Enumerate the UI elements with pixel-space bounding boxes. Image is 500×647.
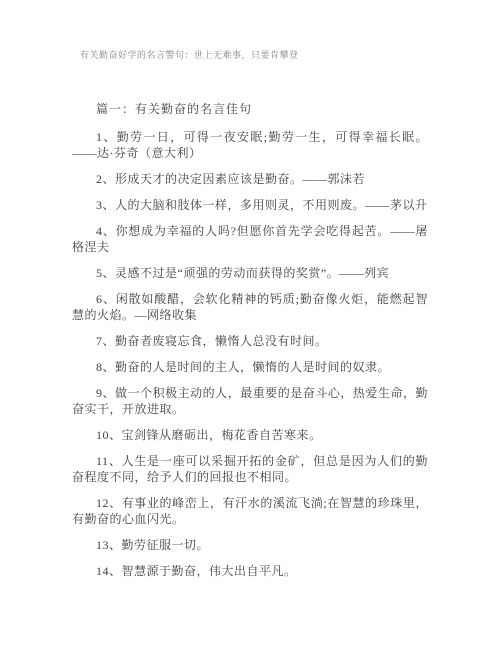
quote-item-8: 8、勤奋的人是时间的主人，懒惰的人是时间的奴隶。 <box>72 359 428 375</box>
quote-item-12: 12、有事业的峰峦上，有汗水的溪流飞淌;在智慧的珍珠里，有勤奋的心血闪光。 <box>72 495 428 527</box>
quote-item-5: 5、灵感不过是“顽强的劳动而获得的奖赏”。——列宾 <box>72 265 428 281</box>
section-title: 篇一：有关勤奋的名言佳句 <box>72 101 428 117</box>
quote-item-3: 3、人的大脑和肢体一样，多用则灵，不用则废。——茅以升 <box>72 197 428 213</box>
quote-item-7: 7、勤奋者废寝忘食，懒惰人总没有时间。 <box>72 333 428 349</box>
document-page: 有关勤奋好学的名言警句：世上无难事，只要肯攀登 篇一：有关勤奋的名言佳句 1、勤… <box>0 0 500 647</box>
quote-item-1: 1、勤劳一日，可得一夜安眠;勤劳一生，可得幸福长眠。——达·芬奇（意大利） <box>72 129 428 161</box>
quote-item-10: 10、宝剑锋从磨砺出，梅花香自苦寒来。 <box>72 427 428 443</box>
page-caption: 有关勤奋好学的名言警句：世上无难事，只要肯攀登 <box>80 49 299 61</box>
quote-item-2: 2、形成天才的决定因素应该是勤奋。——郭沫若 <box>72 171 428 187</box>
quote-item-6: 6、闲散如酸醋，会软化精神的钙质;勤奋像火炬，能燃起智慧的火焰。—网络收集 <box>72 291 428 323</box>
quote-item-13: 13、勤劳征服一切。 <box>72 537 428 553</box>
quote-item-4: 4、你想成为幸福的人吗?但愿你首先学会吃得起苦。——屠格涅夫 <box>72 223 428 255</box>
quote-item-11: 11、人生是一座可以采掘开拓的金矿，但总是因为人们的勤奋程度不同，给予人们的回报… <box>72 453 428 485</box>
quote-item-14: 14、智慧源于勤奋，伟大出自平凡。 <box>72 563 428 579</box>
document-body: 篇一：有关勤奋的名言佳句 1、勤劳一日，可得一夜安眠;勤劳一生，可得幸福长眠。—… <box>72 101 428 589</box>
quote-item-9: 9、做一个积极主动的人，最重要的是奋斗心，热爱生命，勤奋实干，开放进取。 <box>72 385 428 417</box>
